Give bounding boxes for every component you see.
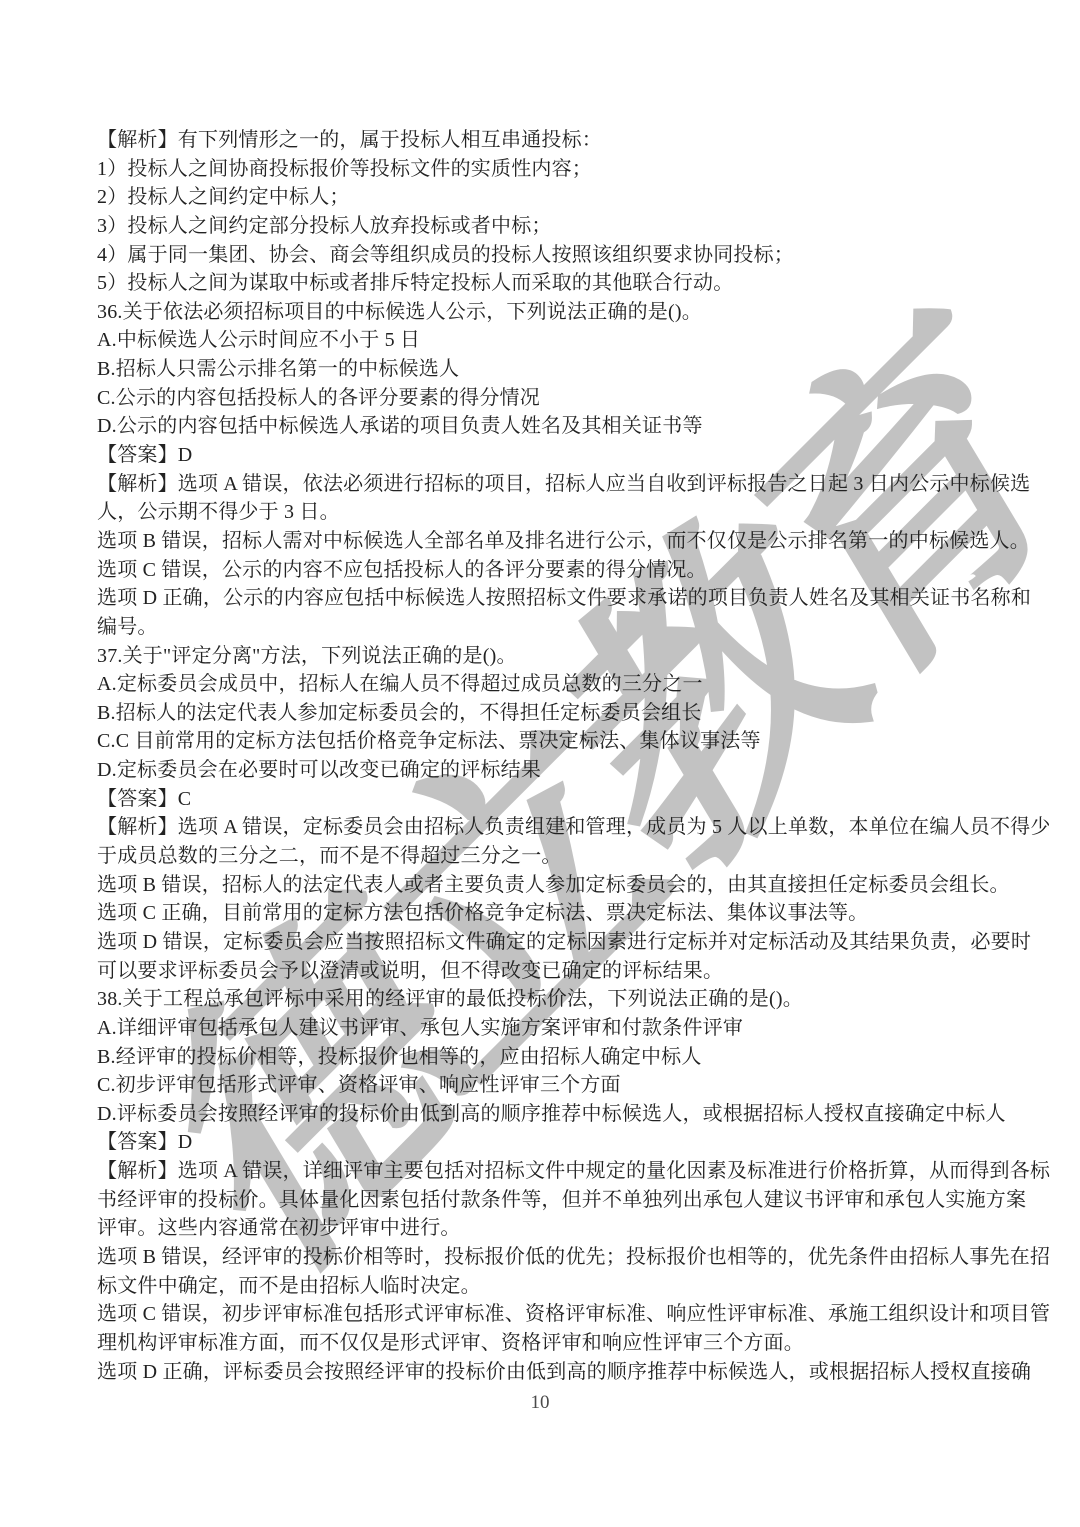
text-line: 于成员总数的三分之二，而不是不得超过三分之一。 — [97, 842, 989, 871]
text-line: 评审。这些内容通常在初步评审中进行。 — [97, 1214, 989, 1243]
text-line: 【解析】选项 A 错误，定标委员会由招标人负责组建和管理，成员为 5 人以上单数… — [97, 813, 989, 842]
text-line: C.初步评审包括形式评审、资格评审、响应性评审三个方面 — [97, 1071, 989, 1100]
text-line: 选项 C 正确，目前常用的定标方法包括价格竞争定标法、票决定标法、集体议事法等。 — [97, 899, 989, 928]
text-line: 【解析】选项 A 错误，详细评审主要包括对招标文件中规定的量化因素及标准进行价格… — [97, 1157, 989, 1186]
text-line: 【解析】有下列情形之一的，属于投标人相互串通投标： — [97, 126, 989, 155]
text-line: A.中标候选人公示时间应不小于 5 日 — [97, 326, 989, 355]
text-line: 标文件中确定，而不是由招标人临时决定。 — [97, 1272, 989, 1301]
text-line: 可以要求评标委员会予以澄清或说明，但不得改变已确定的评标结果。 — [97, 957, 989, 986]
text-line: 选项 B 错误，经评审的投标价相等时，投标报价低的优先；投标报价也相等的，优先条… — [97, 1243, 989, 1272]
text-line: 4）属于同一集团、协会、商会等组织成员的投标人按照该组织要求协同投标； — [97, 241, 989, 270]
text-line: 选项 D 错误，定标委员会应当按照招标文件确定的定标因素进行定标并对定标活动及其… — [97, 928, 989, 957]
text-line: 书经评审的投标价。具体量化因素包括付款条件等，但并不单独列出承包人建议书评审和承… — [97, 1186, 989, 1215]
text-line: A.详细评审包括承包人建议书评审、承包人实施方案评审和付款条件评审 — [97, 1014, 989, 1043]
text-line: 38.关于工程总承包评标中采用的经评审的最低投标价法，下列说法正确的是()。 — [97, 985, 989, 1014]
text-line: 【解析】选项 A 错误，依法必须进行招标的项目，招标人应当自收到评标报告之日起 … — [97, 470, 989, 499]
document-page: 德立教育 【解析】有下列情形之一的，属于投标人相互串通投标：1）投标人之间协商投… — [0, 0, 1080, 1527]
text-line: 选项 C 错误，初步评审标准包括形式评审标准、资格评审标准、响应性评审标准、承施… — [97, 1300, 989, 1329]
text-line: 编号。 — [97, 613, 989, 642]
text-line: C.C 目前常用的定标方法包括价格竞争定标法、票决定标法、集体议事法等 — [97, 727, 989, 756]
text-line: D.公示的内容包括中标候选人承诺的项目负责人姓名及其相关证书等 — [97, 412, 989, 441]
text-line: 【答案】D — [97, 441, 989, 470]
text-line: D.评标委员会按照经评审的投标价由低到高的顺序推荐中标候选人，或根据招标人授权直… — [97, 1100, 989, 1129]
text-line: B.经评审的投标价相等，投标报价也相等的，应由招标人确定中标人 — [97, 1043, 989, 1072]
text-line: B.招标人只需公示排名第一的中标候选人 — [97, 355, 989, 384]
text-line: 5）投标人之间为谋取中标或者排斥特定投标人而采取的其他联合行动。 — [97, 269, 989, 298]
text-line: 选项 C 错误，公示的内容不应包括投标人的各评分要素的得分情况。 — [97, 556, 989, 585]
text-line: 选项 D 正确，评标委员会按照经评审的投标价由低到高的顺序推荐中标候选人，或根据… — [97, 1358, 989, 1387]
text-line: C.公示的内容包括投标人的各评分要素的得分情况 — [97, 384, 989, 413]
text-line: D.定标委员会在必要时可以改变已确定的评标结果 — [97, 756, 989, 785]
text-line: 36.关于依法必须招标项目的中标候选人公示，下列说法正确的是()。 — [97, 298, 989, 327]
text-line: 1）投标人之间协商投标报价等投标文件的实质性内容； — [97, 155, 989, 184]
text-line: 选项 B 错误，招标人的法定代表人或者主要负责人参加定标委员会的，由其直接担任定… — [97, 871, 989, 900]
text-line: 【答案】C — [97, 785, 989, 814]
text-line: 选项 B 错误，招标人需对中标候选人全部名单及排名进行公示，而不仅仅是公示排名第… — [97, 527, 989, 556]
text-line: 2）投标人之间约定中标人； — [97, 183, 989, 212]
text-line: 理机构评审标准方面，而不仅仅是形式评审、资格评审和响应性评审三个方面。 — [97, 1329, 989, 1358]
text-line: 3）投标人之间约定部分投标人放弃投标或者中标； — [97, 212, 989, 241]
document-body: 【解析】有下列情形之一的，属于投标人相互串通投标：1）投标人之间协商投标报价等投… — [97, 126, 989, 1386]
text-line: 【答案】D — [97, 1128, 989, 1157]
text-line: 人，公示期不得少于 3 日。 — [97, 498, 989, 527]
text-line: A.定标委员会成员中，招标人在编人员不得超过成员总数的三分之一 — [97, 670, 989, 699]
text-line: B.招标人的法定代表人参加定标委员会的，不得担任定标委员会组长 — [97, 699, 989, 728]
text-line: 选项 D 正确，公示的内容应包括中标候选人按照招标文件要求承诺的项目负责人姓名及… — [97, 584, 989, 613]
text-line: 37.关于"评定分离"方法，下列说法正确的是()。 — [97, 642, 989, 671]
page-number: 10 — [0, 1392, 1080, 1414]
